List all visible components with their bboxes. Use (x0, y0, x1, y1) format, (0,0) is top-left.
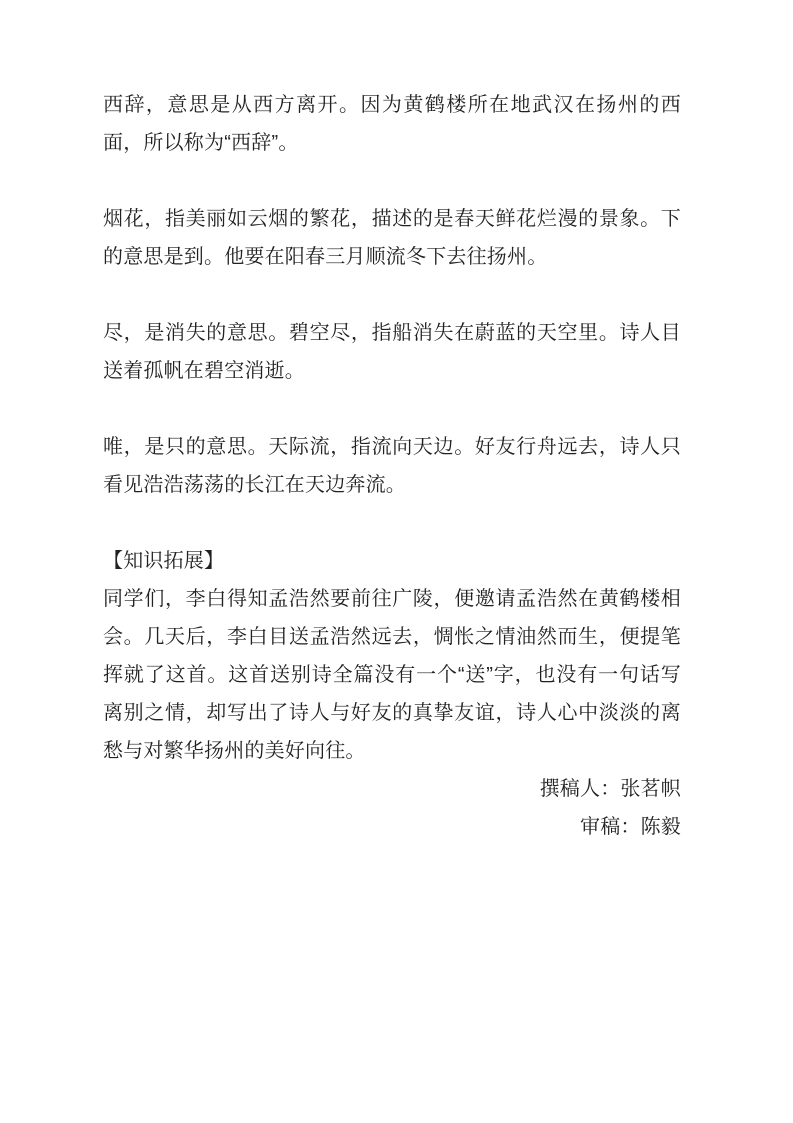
paragraph-yanhua-explanation: 烟花，指美丽如云烟的繁花，描述的是春天鲜花烂漫的景象。下的意思是到。他要在阳春三… (103, 200, 681, 276)
knowledge-section-body: 同学们，李白得知孟浩然要前往广陵，便邀请孟浩然在黄鹤楼相会。几天后，李白目送孟浩… (103, 580, 681, 770)
paragraph-jin-explanation: 尽，是消失的意思。碧空尽，指船消失在蔚蓝的天空里。诗人目送着孤帆在碧空消逝。 (103, 314, 681, 390)
document-content: 西辞，意思是从西方离开。因为黄鹤楼所在地武汉在扬州的西面，所以称为“西辞”。 烟… (103, 86, 681, 846)
byline-reviewer: 审稿：陈毅 (103, 808, 681, 846)
paragraph-xici-explanation: 西辞，意思是从西方离开。因为黄鹤楼所在地武汉在扬州的西面，所以称为“西辞”。 (103, 86, 681, 162)
paragraph-wei-explanation: 唯，是只的意思。天际流，指流向天边。好友行舟远去，诗人只看见浩浩荡荡的长江在天边… (103, 428, 681, 504)
knowledge-section-heading: 【知识拓展】 (103, 542, 681, 580)
document-page: 西辞，意思是从西方离开。因为黄鹤楼所在地武汉在扬州的西面，所以称为“西辞”。 烟… (0, 0, 793, 1123)
byline-author: 撰稿人：张茗帜 (103, 770, 681, 808)
